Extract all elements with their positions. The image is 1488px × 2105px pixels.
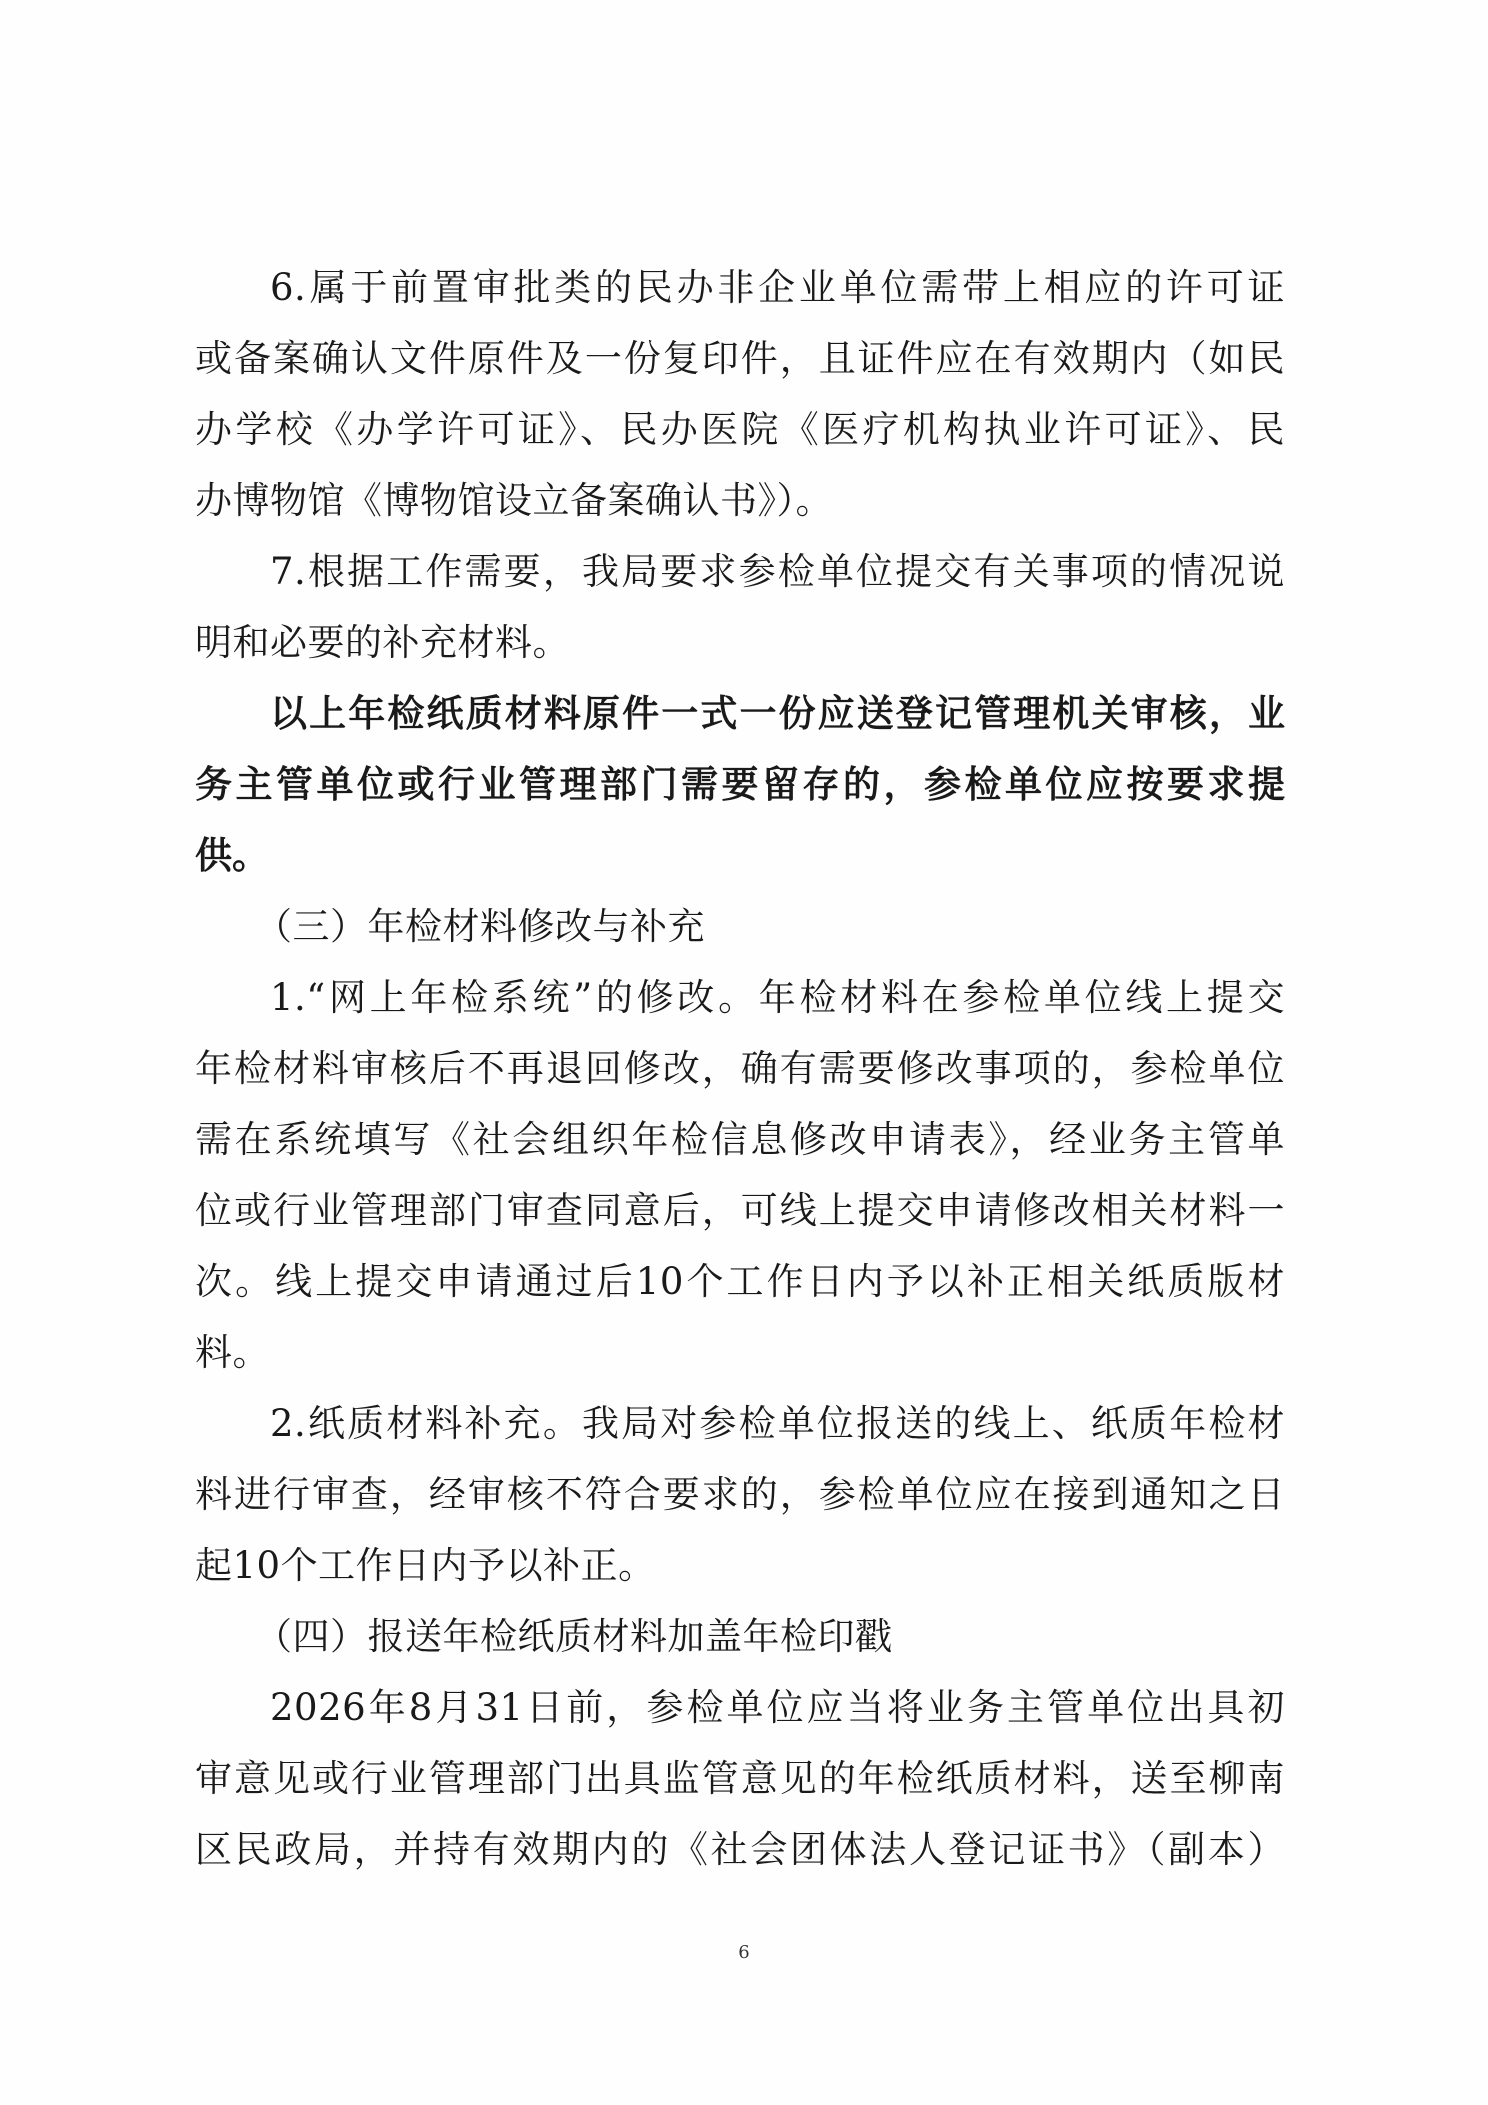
paragraph-bold-note: 以上年检纸质材料原件一式一份应送登记管理机关审核，业 务主管单位或行业管理部门需… xyxy=(195,686,1285,899)
text-line: 办博物馆《博物馆设立备案确认书》）。 xyxy=(195,473,1285,544)
text-line: 区民政局，并持有效期内的《社会团体法人登记证书》（副本） xyxy=(195,1822,1285,1893)
text-line: 办学校《办学许可证》、民办医院《医疗机构执业许可证》、民 xyxy=(195,402,1285,473)
text-line: 位或行业管理部门审查同意后，可线上提交申请修改相关材料一 xyxy=(195,1183,1285,1254)
document-page: 6.属于前置审批类的民办非企业单位需带上相应的许可证 或备案确认文件原件及一份复… xyxy=(0,0,1488,2105)
text-line: 次。线上提交申请通过后10个工作日内予以补正相关纸质版材 xyxy=(195,1254,1285,1325)
text-line: 明和必要的补充材料。 xyxy=(195,615,1285,686)
text-line: 6.属于前置审批类的民办非企业单位需带上相应的许可证 xyxy=(195,260,1285,331)
text-line: 供。 xyxy=(195,828,1285,899)
paragraph-deadline: 2026年8月31日前，参检单位应当将业务主管单位出具初 审意见或行业管理部门出… xyxy=(195,1680,1285,1893)
paragraph-item-6: 6.属于前置审批类的民办非企业单位需带上相应的许可证 或备案确认文件原件及一份复… xyxy=(195,260,1285,544)
text-line: 年检材料审核后不再退回修改，确有需要修改事项的，参检单位 xyxy=(195,1041,1285,1112)
text-line: 审意见或行业管理部门出具监管意见的年检纸质材料，送至柳南 xyxy=(195,1751,1285,1822)
text-line: 务主管单位或行业管理部门需要留存的，参检单位应按要求提 xyxy=(195,757,1285,828)
section-heading-3: （三）年检材料修改与补充 xyxy=(195,899,1285,970)
text-line: 2.纸质材料补充。我局对参检单位报送的线上、纸质年检材 xyxy=(195,1396,1285,1467)
text-line: 需在系统填写《社会组织年检信息修改申请表》，经业务主管单 xyxy=(195,1112,1285,1183)
text-line: 料进行审查，经审核不符合要求的，参检单位应在接到通知之日 xyxy=(195,1467,1285,1538)
heading-text: （四）报送年检纸质材料加盖年检印戳 xyxy=(195,1609,1285,1680)
text-line: 以上年检纸质材料原件一式一份应送登记管理机关审核，业 xyxy=(195,686,1285,757)
text-line: 或备案确认文件原件及一份复印件，且证件应在有效期内（如民 xyxy=(195,331,1285,402)
heading-text: （三）年检材料修改与补充 xyxy=(195,899,1285,970)
text-line: 7.根据工作需要，我局要求参检单位提交有关事项的情况说 xyxy=(195,544,1285,615)
text-line: 料。 xyxy=(195,1325,1285,1396)
section-heading-4: （四）报送年检纸质材料加盖年检印戳 xyxy=(195,1609,1285,1680)
text-line: 2026年8月31日前，参检单位应当将业务主管单位出具初 xyxy=(195,1680,1285,1751)
paragraph-item-7: 7.根据工作需要，我局要求参检单位提交有关事项的情况说 明和必要的补充材料。 xyxy=(195,544,1285,686)
document-body: 6.属于前置审批类的民办非企业单位需带上相应的许可证 或备案确认文件原件及一份复… xyxy=(195,260,1285,1893)
page-number: 6 xyxy=(0,1942,1488,1963)
paragraph-sub-2: 2.纸质材料补充。我局对参检单位报送的线上、纸质年检材 料进行审查，经审核不符合… xyxy=(195,1396,1285,1609)
paragraph-sub-1: 1.“网上年检系统”的修改。年检材料在参检单位线上提交 年检材料审核后不再退回修… xyxy=(195,970,1285,1396)
text-line: 1.“网上年检系统”的修改。年检材料在参检单位线上提交 xyxy=(195,970,1285,1041)
text-line: 起10个工作日内予以补正。 xyxy=(195,1538,1285,1609)
